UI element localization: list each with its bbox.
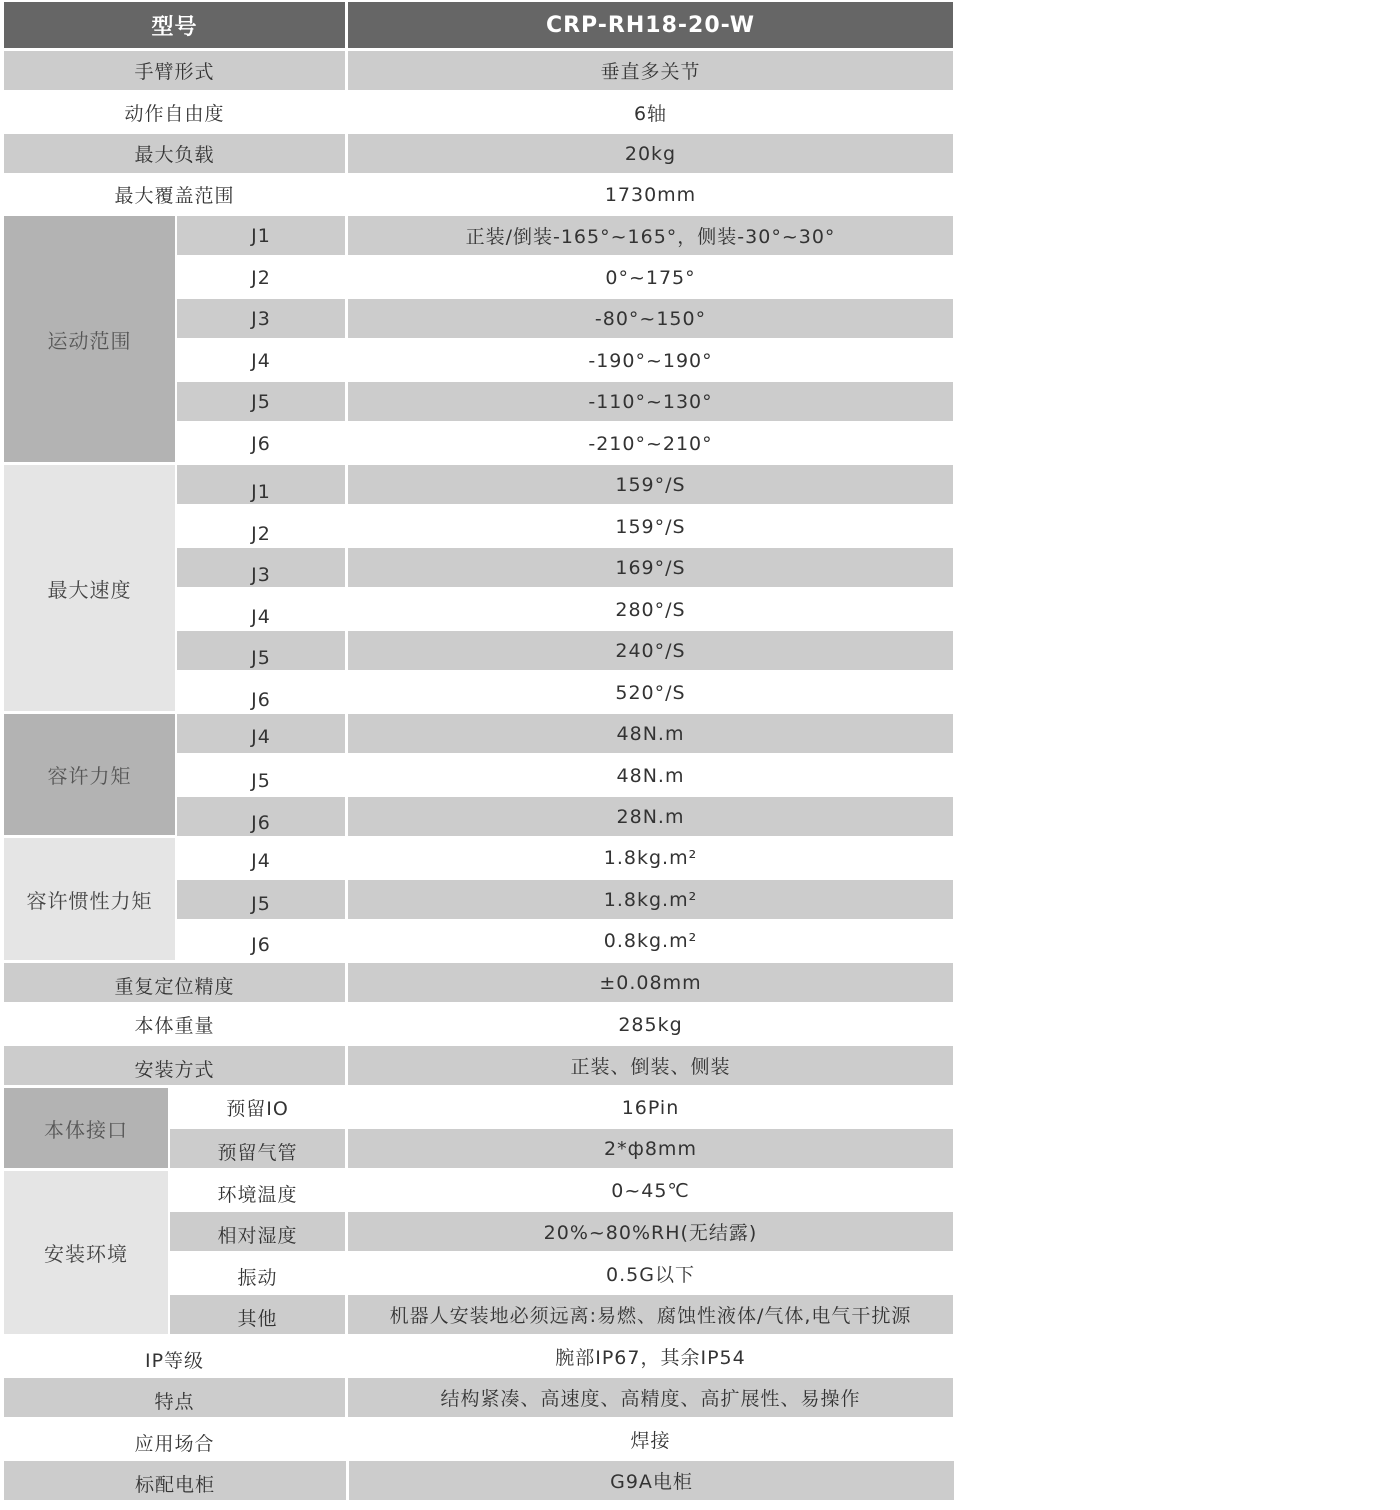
group-allowable-inertia: 容许惯性力矩 xyxy=(4,838,175,960)
axis-label: J4 xyxy=(177,590,345,629)
axis-label: J5 xyxy=(177,756,345,795)
spec-value: 腕部IP67，其余IP54 xyxy=(348,1337,953,1376)
axis-label: J2 xyxy=(177,507,345,546)
axis-label: J6 xyxy=(177,921,345,960)
group-motion-range: 运动范围 xyxy=(4,216,175,462)
axis-value: 48N.m xyxy=(348,756,953,795)
axis-label: J6 xyxy=(177,673,345,712)
axis-value: 240°/S xyxy=(348,631,953,670)
axis-label: J3 xyxy=(177,299,345,338)
spec-value: 结构紧凑、高速度、高精度、高扩展性、易操作 xyxy=(348,1378,953,1417)
item-value: 20%~80%RH(无结露) xyxy=(348,1212,953,1251)
axis-value: -190°~190° xyxy=(348,341,953,380)
item-value: 2*ф8mm xyxy=(348,1129,953,1168)
spec-value: 焊接 xyxy=(348,1420,953,1459)
spec-label: 本体重量 xyxy=(4,1005,345,1044)
spec-label: 重复定位精度 xyxy=(4,963,345,1002)
item-value: 16Pin xyxy=(348,1088,953,1127)
spec-label: 手臂形式 xyxy=(4,51,345,90)
item-label: 振动 xyxy=(170,1254,345,1293)
item-value: 机器人安装地必须远离:易燃、腐蚀性液体/气体,电气干扰源 xyxy=(348,1295,953,1334)
spec-label: 最大负载 xyxy=(4,134,345,173)
group-install-environment: 安装环境 xyxy=(4,1171,168,1334)
axis-value: -80°~150° xyxy=(348,299,953,338)
group-allowable-torque: 容许力矩 xyxy=(4,714,175,835)
axis-label: J4 xyxy=(177,838,345,877)
header-model: CRP-RH18-20-W xyxy=(348,2,953,48)
spec-label: 标配电柜 xyxy=(4,1461,346,1500)
item-value: 0.5G以下 xyxy=(348,1254,953,1293)
axis-label: J4 xyxy=(177,714,345,753)
spec-label: 特点 xyxy=(4,1378,345,1417)
axis-label: J5 xyxy=(177,631,345,670)
spec-value: 285kg xyxy=(348,1005,953,1044)
axis-value: 28N.m xyxy=(348,797,953,836)
item-label: 预留IO xyxy=(170,1088,345,1127)
spec-label: 动作自由度 xyxy=(4,93,345,132)
axis-value: 280°/S xyxy=(348,590,953,629)
spec-value: 垂直多关节 xyxy=(348,51,953,90)
axis-value: 正装/倒装-165°~165°，侧装-30°~30° xyxy=(348,216,953,255)
spec-value: 20kg xyxy=(348,134,953,173)
spec-value: 1730mm xyxy=(348,175,953,214)
spec-label: IP等级 xyxy=(4,1337,345,1376)
axis-label: J1 xyxy=(177,465,345,504)
axis-value: -110°~130° xyxy=(348,382,953,421)
spec-label: 安装方式 xyxy=(4,1046,345,1085)
axis-label: J6 xyxy=(177,424,345,463)
axis-value: 1.8kg.m² xyxy=(348,880,953,919)
spec-label: 最大覆盖范围 xyxy=(4,175,345,214)
spec-value: 6轴 xyxy=(348,93,953,132)
axis-label: J5 xyxy=(177,880,345,919)
item-label: 相对湿度 xyxy=(170,1212,345,1251)
spec-value: ±0.08mm xyxy=(348,963,953,1002)
item-value: 0~45℃ xyxy=(348,1171,953,1210)
axis-value: 1.8kg.m² xyxy=(348,838,953,877)
axis-value: 159°/S xyxy=(348,507,953,546)
spec-label: 应用场合 xyxy=(4,1420,345,1459)
item-label: 环境温度 xyxy=(170,1171,345,1210)
axis-value: 520°/S xyxy=(348,673,953,712)
axis-value: -210°~210° xyxy=(348,424,953,463)
axis-label: J4 xyxy=(177,341,345,380)
axis-value: 169°/S xyxy=(348,548,953,587)
axis-value: 0.8kg.m² xyxy=(348,921,953,960)
group-body-interface: 本体接口 xyxy=(4,1088,168,1168)
item-label: 预留气管 xyxy=(170,1129,345,1168)
axis-value: 0°~175° xyxy=(348,258,953,297)
group-max-speed: 最大速度 xyxy=(4,465,175,711)
axis-label: J1 xyxy=(177,216,345,255)
spec-value: 正装、倒装、侧装 xyxy=(348,1046,953,1085)
header-label: 型号 xyxy=(4,2,345,48)
spec-value: G9A电柜 xyxy=(349,1461,954,1500)
axis-label: J3 xyxy=(177,548,345,587)
axis-label: J5 xyxy=(177,382,345,421)
axis-label: J6 xyxy=(177,797,345,836)
axis-value: 48N.m xyxy=(348,714,953,753)
axis-label: J2 xyxy=(177,258,345,297)
axis-value: 159°/S xyxy=(348,465,953,504)
item-label: 其他 xyxy=(170,1295,345,1334)
